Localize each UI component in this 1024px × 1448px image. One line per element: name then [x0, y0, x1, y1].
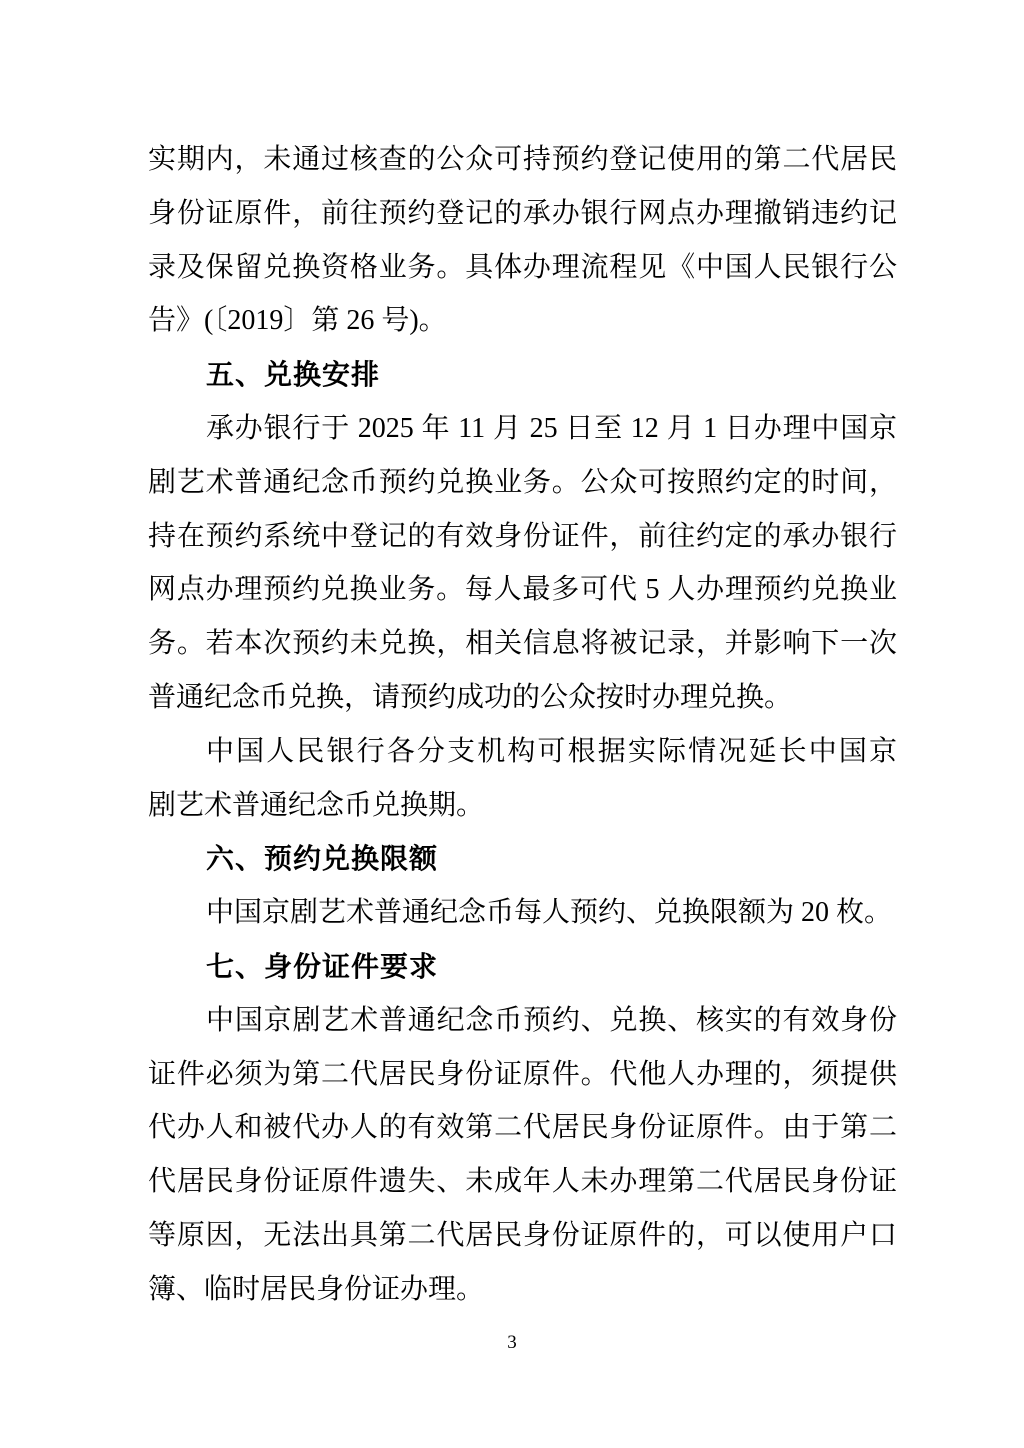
document-line: 中国京剧艺术普通纪念币预约、兑换、核实的有效身份	[148, 994, 897, 1048]
document-page: 实期内，未通过核查的公众可持预约登记使用的第二代居民身份证原件，前往预约登记的承…	[0, 0, 1024, 1448]
section-heading: 五、兑换安排	[148, 348, 897, 402]
document-line: 身份证原件，前往预约登记的承办银行网点办理撤销违约记	[148, 187, 897, 241]
section-heading: 六、预约兑换限额	[148, 832, 897, 886]
document-line: 网点办理预约兑换业务。每人最多可代 5 人办理预约兑换业	[148, 563, 897, 617]
document-line: 录及保留兑换资格业务。具体办理流程见《中国人民银行公	[148, 241, 897, 295]
document-line: 普通纪念币兑换，请预约成功的公众按时办理兑换。	[148, 671, 897, 725]
document-line: 证件必须为第二代居民身份证原件。代他人办理的，须提供	[148, 1048, 897, 1102]
document-line: 中国人民银行各分支机构可根据实际情况延长中国京	[148, 725, 897, 779]
document-line: 代办人和被代办人的有效第二代居民身份证原件。由于第二	[148, 1101, 897, 1155]
document-body: 实期内，未通过核查的公众可持预约登记使用的第二代居民身份证原件，前往预约登记的承…	[148, 133, 897, 1317]
document-line: 等原因，无法出具第二代居民身份证原件的，可以使用户口	[148, 1209, 897, 1263]
document-line: 簿、临时居民身份证办理。	[148, 1263, 897, 1317]
section-heading: 七、身份证件要求	[148, 940, 897, 994]
document-line: 实期内，未通过核查的公众可持预约登记使用的第二代居民	[148, 133, 897, 187]
document-line: 承办银行于 2025 年 11 月 25 日至 12 月 1 日办理中国京	[148, 402, 897, 456]
document-line: 代居民身份证原件遗失、未成年人未办理第二代居民身份证	[148, 1155, 897, 1209]
document-line: 剧艺术普通纪念币兑换期。	[148, 779, 897, 833]
document-line: 告》(〔2019〕第 26 号)。	[148, 294, 897, 348]
document-line: 持在预约系统中登记的有效身份证件，前往约定的承办银行	[148, 510, 897, 564]
document-line: 中国京剧艺术普通纪念币每人预约、兑换限额为 20 枚。	[148, 886, 897, 940]
document-line: 剧艺术普通纪念币预约兑换业务。公众可按照约定的时间，	[148, 456, 897, 510]
page-number: 3	[0, 1332, 1024, 1354]
document-line: 务。若本次预约未兑换，相关信息将被记录，并影响下一次	[148, 617, 897, 671]
